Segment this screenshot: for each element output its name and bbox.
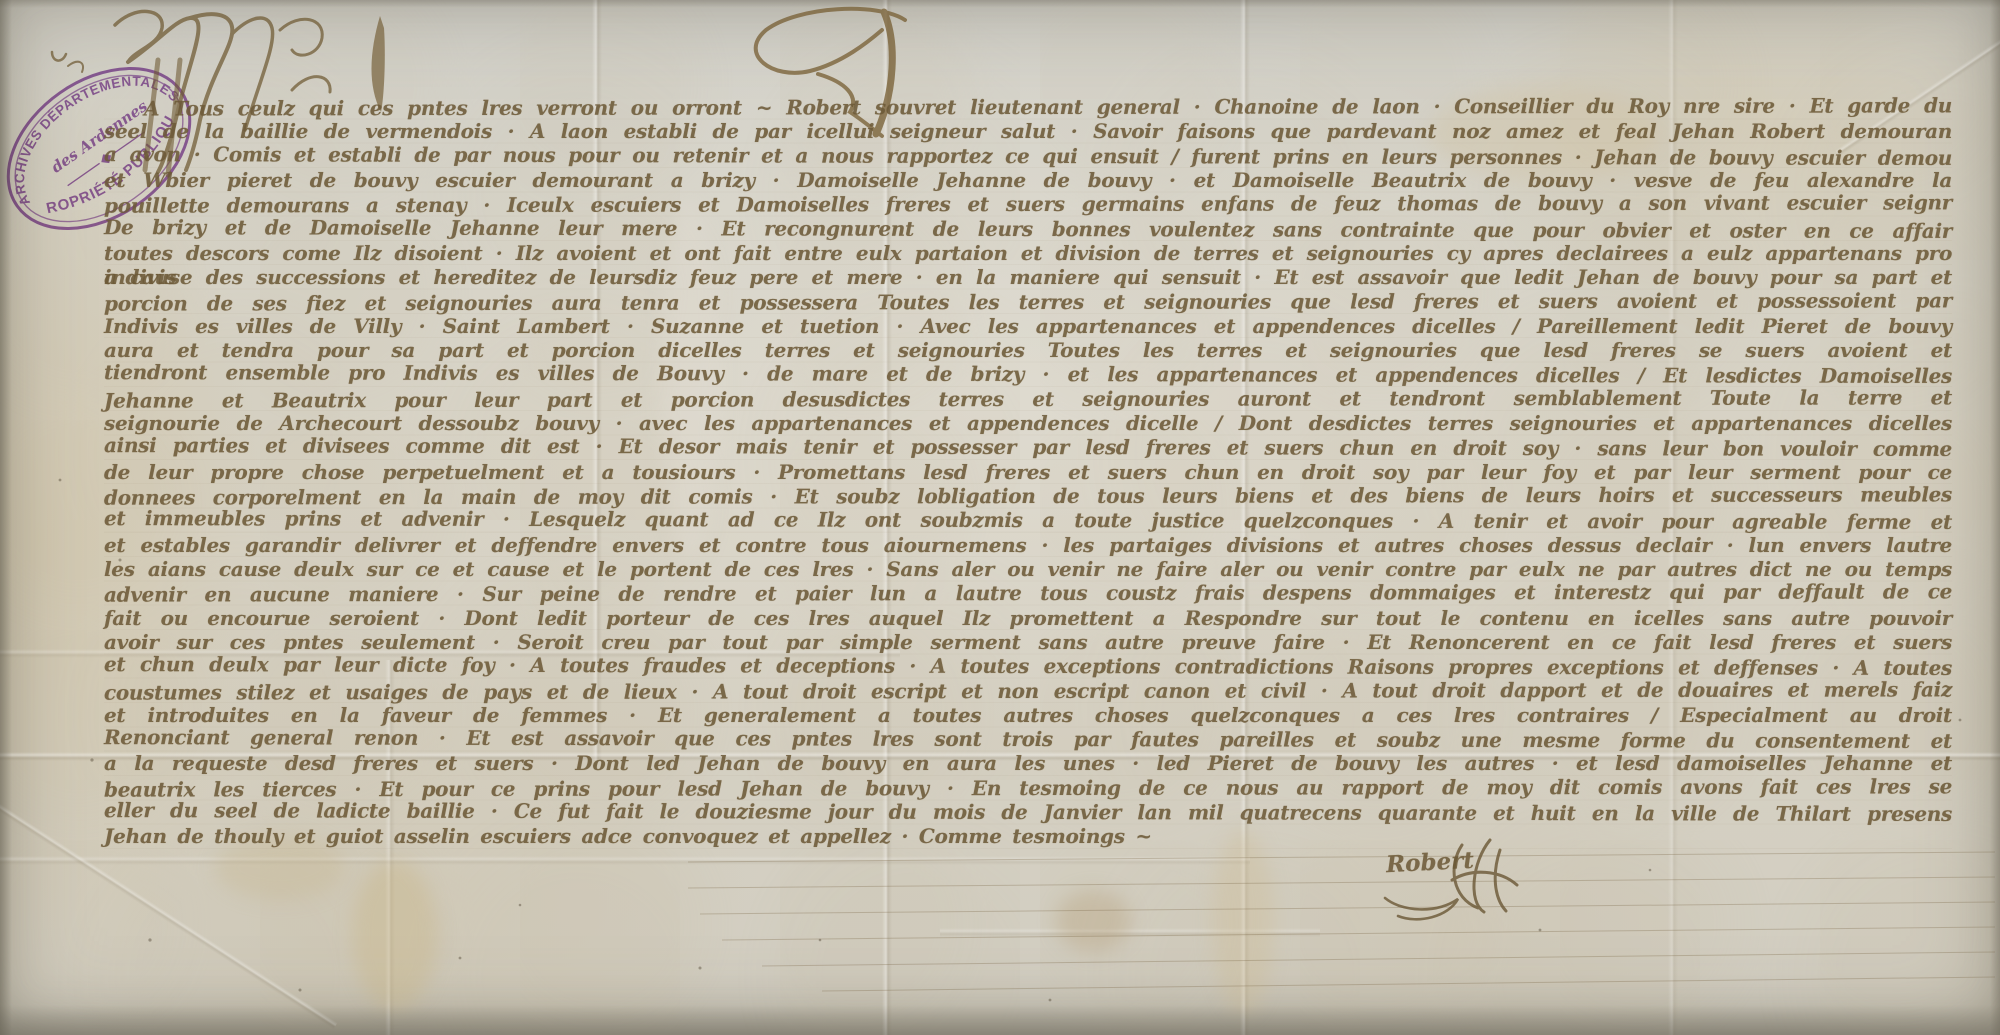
- manuscript-line: et estables garandir delivrer et deffend…: [104, 533, 1952, 557]
- manuscript-line: les aians cause deulx sur ce et cause et…: [104, 557, 1952, 581]
- manuscript-line: et chun deulx par leur dicte foy · A tou…: [104, 652, 1952, 680]
- manuscript-line: ainsi parties et divisees comme dit est …: [104, 433, 1952, 461]
- manuscript-line: Jehan de thouly et guiot asselin escuier…: [104, 824, 1231, 848]
- ruled-lines: [688, 852, 1995, 991]
- manuscript-line: fait ou encourue seroient · Dont ledit p…: [104, 606, 1952, 630]
- manuscript-line: coustumes stilez et usaiges de pays et d…: [104, 677, 1952, 705]
- manuscript-line: et introduites en la faveur de femmes · …: [104, 703, 1952, 727]
- manuscript-line: a cause des successions et hereditez de …: [104, 265, 1952, 289]
- manuscript-line: Jehanne et Beautrix pour leur part et po…: [104, 385, 1952, 413]
- parchment-photo: ARCHIVES DÉPARTEMENTALES des Ardennes PR…: [0, 0, 2000, 1035]
- manuscript-line: pouillette demourans a stenay · Iceulx e…: [104, 191, 1952, 219]
- manuscript-line: a avon · Comis et establi de par nous po…: [104, 142, 1952, 170]
- manuscript-text: A Tous ceulz qui ces pntes lres verront …: [104, 95, 1952, 849]
- manuscript-line: De brizy et de Damoiselle Jehanne leur m…: [104, 215, 1952, 243]
- manuscript-line: avoir sur ces pntes seulement · Seroit c…: [104, 630, 1952, 654]
- manuscript-line: A Tous ceulz qui ces pntes lres verront …: [104, 93, 1952, 121]
- manuscript-line: seignourie de Archecourt dessoubz bouvy …: [104, 411, 1952, 435]
- manuscript-line: beautrix les tierces · Et pour ce prins …: [104, 774, 1952, 802]
- signature: Robert: [1385, 847, 1474, 879]
- manuscript-line: seel de la baillie de vermendois · A lao…: [104, 119, 1952, 143]
- manuscript-line: advenir en aucune maniere · Sur peine de…: [104, 580, 1952, 608]
- manuscript-line: tiendront ensemble pro Indivis es villes…: [104, 361, 1952, 389]
- manuscript-line: toutes descors come Ilz disoient · Ilz a…: [104, 241, 1952, 265]
- manuscript-line: porcion de ses fiez et seignouries aura …: [104, 288, 1952, 316]
- manuscript-line: aura et tendra pour sa part et porcion d…: [104, 338, 1952, 362]
- manuscript-line: Indivis es villes de Villy · Saint Lambe…: [104, 314, 1952, 338]
- manuscript-line: Renonciant general renon · Et est assavo…: [104, 725, 1952, 753]
- manuscript-line: de leur propre chose perpetuelment et a …: [104, 460, 1952, 484]
- manuscript-line: a la requeste desd freres et suers · Don…: [104, 751, 1952, 775]
- manuscript-line: et Wbier pieret de bouvy escuier demoura…: [104, 168, 1952, 192]
- manuscript-line: et immeubles prins et advenir · Lesquelz…: [104, 506, 1952, 534]
- manuscript-line: eller du seel de ladicte baillie · Ce fu…: [104, 798, 1952, 826]
